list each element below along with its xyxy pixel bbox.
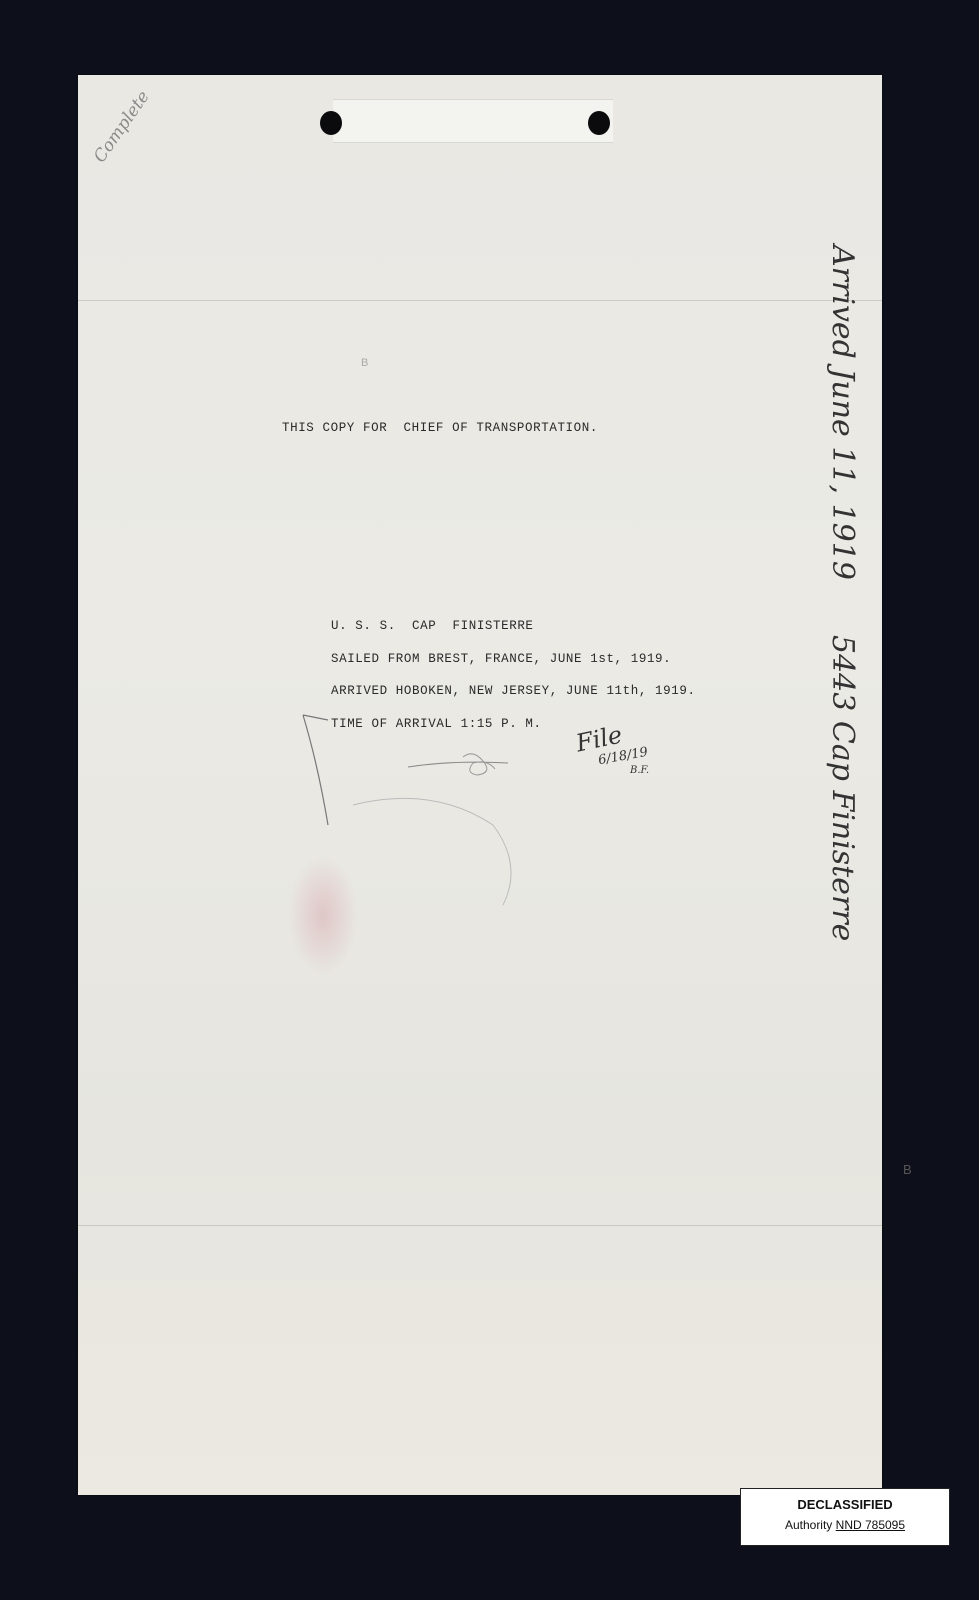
- authority-label: Authority: [785, 1518, 832, 1532]
- fold-line: [78, 1225, 882, 1226]
- handwritten-complete: Complete: [90, 87, 154, 166]
- stamp-title: DECLASSIFIED: [741, 1497, 949, 1512]
- handwritten-arrived-date: Arrived June 11, 1919: [825, 245, 860, 580]
- margin-mark-b: B: [903, 1162, 912, 1177]
- punch-hole-right: [588, 111, 610, 135]
- red-pencil-marks: [288, 855, 358, 975]
- header-line: THIS COPY FOR CHIEF OF TRANSPORTATION.: [282, 421, 598, 435]
- fold-line: [78, 300, 882, 301]
- faint-mark: B: [361, 357, 368, 369]
- ship-name: U. S. S. CAP FINISTERRE: [331, 619, 534, 633]
- binding-strip: [333, 99, 613, 143]
- handwritten-ship-ref: 5443 Cap Finisterre: [825, 635, 860, 941]
- sailed-line: SAILED FROM BREST, FRANCE, JUNE 1st, 191…: [331, 652, 671, 666]
- authority-number: NND 785095: [836, 1518, 905, 1532]
- punch-hole-left: [320, 111, 342, 135]
- declassified-stamp: DECLASSIFIED Authority NND 785095: [740, 1488, 950, 1546]
- handwritten-initials: B.F.: [630, 765, 649, 776]
- arrived-line: ARRIVED HOBOKEN, NEW JERSEY, JUNE 11th, …: [331, 684, 696, 698]
- stamp-authority: Authority NND 785095: [741, 1518, 949, 1532]
- document-page: Complete THIS COPY FOR CHIEF OF TRANSPOR…: [78, 75, 882, 1495]
